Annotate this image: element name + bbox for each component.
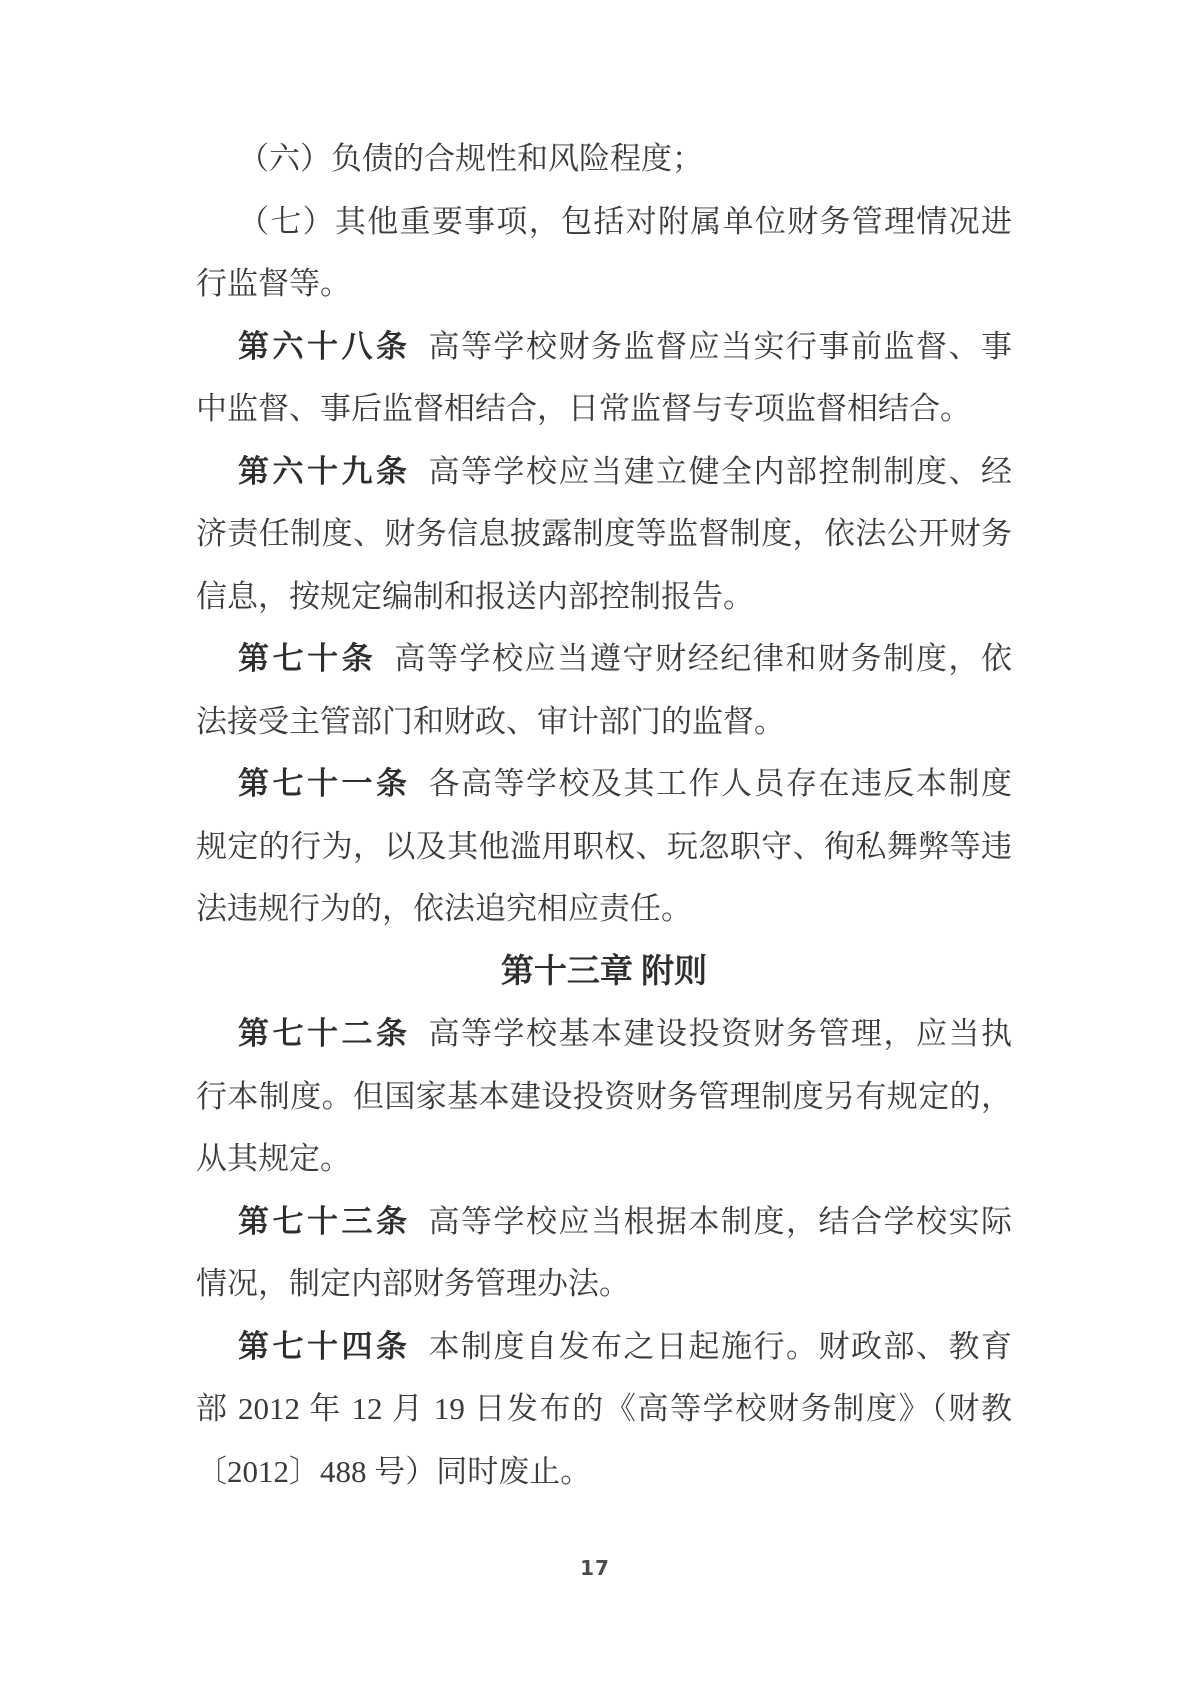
paragraph-line: 法违规行为的，依法追究相应责任。 (196, 878, 1012, 941)
line-text: 行监督等。 (196, 266, 351, 301)
line-text: 高等学校基本建设投资财务管理，应当执 (429, 1016, 1013, 1051)
article-number-74: 第七十四条 (238, 1329, 411, 1364)
paragraph-line: 从其规定。 (196, 1128, 1012, 1191)
article-number-71: 第七十一条 (238, 766, 411, 801)
paragraph-line: （六）负债的合规性和风险程度； (196, 128, 1012, 191)
article-number-72: 第七十二条 (238, 1016, 411, 1051)
article-number-73: 第七十三条 (238, 1204, 411, 1239)
line-text: 信息，按规定编制和报送内部控制报告。 (196, 579, 754, 614)
line-text: 情况，制定内部财务管理办法。 (196, 1266, 630, 1301)
paragraph-line: 规定的行为，以及其他滥用职权、玩忽职守、徇私舞弊等违 (196, 816, 1012, 879)
paragraph-line: 第七十一条各高等学校及其工作人员存在违反本制度 (196, 753, 1012, 816)
paragraph-line: 第六十八条高等学校财务监督应当实行事前监督、事 (196, 316, 1012, 379)
document-body: （六）负债的合规性和风险程度； （七）其他重要事项，包括对附属单位财务管理情况进… (196, 128, 1012, 1503)
line-text: 行本制度。但国家基本建设投资财务管理制度另有规定的， (196, 1079, 1012, 1114)
line-text: 法接受主管部门和财政、审计部门的监督。 (196, 704, 785, 739)
line-text: 从其规定。 (196, 1141, 351, 1176)
paragraph-line: 第七十三条高等学校应当根据本制度，结合学校实际 (196, 1191, 1012, 1254)
chapter-heading: 第十三章 附则 (196, 941, 1012, 1004)
paragraph-line: 中监督、事后监督相结合，日常监督与专项监督相结合。 (196, 378, 1012, 441)
line-text: 〔2012〕488 号）同时废止。 (196, 1454, 591, 1489)
article-number-70: 第七十条 (238, 641, 376, 676)
line-text: 高等学校应当建立健全内部控制制度、经 (429, 454, 1013, 489)
line-text: 高等学校应当根据本制度，结合学校实际 (429, 1204, 1013, 1239)
line-text: 济责任制度、财务信息披露制度等监督制度，依法公开财务 (196, 516, 1012, 551)
paragraph-line: 部 2012 年 12 月 19 日发布的《高等学校财务制度》（财教 (196, 1378, 1012, 1441)
line-text: 高等学校应当遵守财经纪律和财务制度，依 (394, 641, 1012, 676)
page-number: 17 (0, 1556, 1190, 1580)
line-text: 各高等学校及其工作人员存在违反本制度 (429, 766, 1013, 801)
paragraph-line: 第六十九条高等学校应当建立健全内部控制制度、经 (196, 441, 1012, 504)
line-text: （六）负债的合规性和风险程度； (238, 141, 703, 176)
paragraph-line: 信息，按规定编制和报送内部控制报告。 (196, 566, 1012, 629)
paragraph-line: （七）其他重要事项，包括对附属单位财务管理情况进 (196, 191, 1012, 254)
line-text: 法违规行为的，依法追究相应责任。 (196, 891, 692, 926)
article-number-68: 第六十八条 (238, 329, 411, 364)
line-text: 高等学校财务监督应当实行事前监督、事 (429, 329, 1013, 364)
line-text: 规定的行为，以及其他滥用职权、玩忽职守、徇私舞弊等违 (196, 829, 1012, 864)
paragraph-line: 行本制度。但国家基本建设投资财务管理制度另有规定的， (196, 1066, 1012, 1129)
paragraph-line: 第七十条高等学校应当遵守财经纪律和财务制度，依 (196, 628, 1012, 691)
document-page: （六）负债的合规性和风险程度； （七）其他重要事项，包括对附属单位财务管理情况进… (0, 0, 1190, 1682)
line-text: 本制度自发布之日起施行。财政部、教育 (429, 1329, 1013, 1364)
paragraph-line: 济责任制度、财务信息披露制度等监督制度，依法公开财务 (196, 503, 1012, 566)
paragraph-line: 第七十四条本制度自发布之日起施行。财政部、教育 (196, 1316, 1012, 1379)
chapter-heading-text: 第十三章 附则 (501, 954, 707, 990)
paragraph-line: 情况，制定内部财务管理办法。 (196, 1253, 1012, 1316)
line-text: （七）其他重要事项，包括对附属单位财务管理情况进 (238, 204, 1012, 239)
line-text: 部 2012 年 12 月 19 日发布的《高等学校财务制度》（财教 (196, 1391, 1012, 1426)
paragraph-line: 法接受主管部门和财政、审计部门的监督。 (196, 691, 1012, 754)
paragraph-line: 第七十二条高等学校基本建设投资财务管理，应当执 (196, 1003, 1012, 1066)
paragraph-line: 〔2012〕488 号）同时废止。 (196, 1441, 1012, 1504)
paragraph-line: 行监督等。 (196, 253, 1012, 316)
article-number-69: 第六十九条 (238, 454, 411, 489)
line-text: 中监督、事后监督相结合，日常监督与专项监督相结合。 (196, 391, 971, 426)
